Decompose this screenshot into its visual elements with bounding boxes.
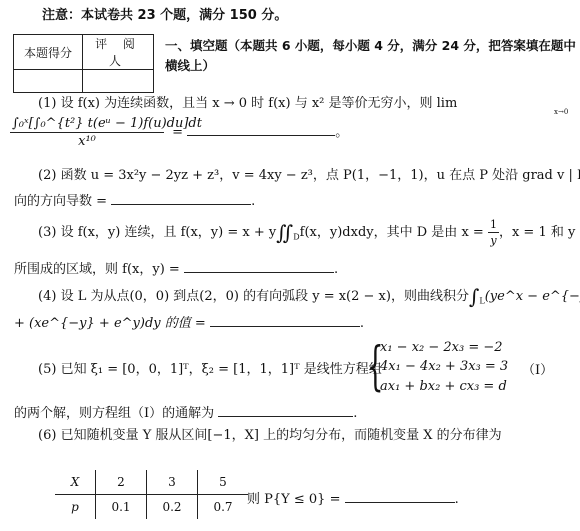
q2-text2: 向的方向导数 = — [14, 194, 107, 209]
score-table: 本题得分 评 阅 人 — [13, 34, 154, 93]
q4-integrand: (ye^x − e^{−y} + y)dx — [485, 289, 580, 304]
q5-end: . — [353, 406, 357, 421]
exam-notice: 注意：本试卷共 23 个题，满分 150 分。 — [42, 4, 287, 23]
dist-p-value: 0.1 — [96, 495, 147, 520]
q3-text-c: ，x = 1 和 y = 2 — [499, 225, 580, 240]
q1-lim-sub: x→0 — [554, 108, 568, 116]
q5-line1: (5) 已知 ξ₁ = [0，0，1]ᵀ，ξ₂ = [1，1，1]ᵀ 是线性方程… — [38, 358, 382, 377]
dist-p-value: 0.7 — [198, 495, 249, 520]
q3-number: (3) — [38, 225, 56, 240]
q5-number: (5) — [38, 362, 56, 377]
double-integral-icon: ∬ — [276, 221, 293, 245]
q1-answer-blank[interactable] — [187, 123, 335, 136]
score-header: 本题得分 — [14, 35, 83, 70]
q1-numerator: ∫₀ˣ[∫₀^{t²} t(eᵘ − 1)f(u)du]dt — [10, 116, 164, 133]
q3-text-a: 设 f(x，y) 连续，且 f(x，y) = x + y — [61, 225, 277, 240]
dist-x-value: 3 — [147, 470, 198, 495]
q3-frac-num: 1 — [488, 218, 499, 233]
q4-line2: + (xe^{−y} + e^y)dy 的值 = . — [14, 312, 364, 331]
q1-line1: (1) 设 f(x) 为连续函数，且当 x → 0 时 f(x) 与 x² 是等… — [38, 92, 457, 111]
q4-end: . — [360, 316, 364, 331]
q5-text2: 的两个解，则方程组（Ⅰ）的通解为 — [14, 406, 214, 421]
q5-system-label: （Ⅰ） — [522, 359, 553, 378]
q4-text2: + (xe^{−y} + e^y)dy 的值 = — [14, 316, 206, 331]
q6-line1: (6) 已知随机变量 Y 服从区间[−1，X] 上的均匀分布，而随机变量 X 的… — [38, 424, 502, 443]
q6-text: 已知随机变量 Y 服从区间[−1，X] 上的均匀分布，而随机变量 X 的分布律为 — [61, 428, 502, 443]
q6-number: (6) — [38, 428, 56, 443]
q6-end: . — [455, 492, 459, 507]
dist-row-header-x: X — [55, 470, 96, 495]
q1-denominator: x¹⁰ — [10, 133, 164, 149]
q4-line1: (4) 设 L 为从点(0，0) 到点(2，0) 的有向弧段 y = x(2 −… — [38, 285, 580, 307]
grader-cell[interactable] — [83, 70, 154, 93]
q3-line1: (3) 设 f(x，y) 连续，且 f(x，y) = x + y∬Df(x，y)… — [38, 218, 580, 247]
grader-header: 评 阅 人 — [83, 35, 154, 70]
q1-number: (1) — [38, 96, 56, 111]
q1-equals: = — [172, 125, 183, 140]
q4-number: (4) — [38, 289, 56, 304]
line-integral-icon: ∫ — [469, 285, 479, 309]
q3-frac-den: y — [488, 233, 499, 247]
q2-line2: 向的方向导数 = . — [14, 190, 255, 209]
q6-question: 则 P{Y ≤ 0} = . — [247, 488, 459, 507]
distribution-table: X 2 3 5 p 0.1 0.2 0.7 — [55, 470, 248, 519]
q1-end: 。 — [335, 125, 348, 140]
dist-x-value: 5 — [198, 470, 249, 495]
section-title-line1: 一、填空题（本题共 6 小题，每小题 4 分，满分 24 分，把答案填在题中 — [165, 36, 576, 54]
q2-answer-blank[interactable] — [111, 192, 251, 205]
q3-text2: 所围成的区域，则 f(x，y) = — [14, 262, 180, 277]
q5-equation-1: x₁ − x₂ − 2x₃ = −2 — [380, 340, 503, 355]
q1-fraction: ∫₀ˣ[∫₀^{t²} t(eᵘ − 1)f(u)du]dt x¹⁰ = 。 — [10, 116, 348, 149]
q4-answer-blank[interactable] — [210, 314, 360, 327]
q2-end: . — [251, 194, 255, 209]
q6-question-text: 则 P{Y ≤ 0} = — [247, 492, 340, 507]
q5-line2: 的两个解，则方程组（Ⅰ）的通解为 . — [14, 402, 357, 421]
q3-fraction: 1 y — [488, 218, 499, 247]
q6-answer-blank[interactable] — [345, 490, 455, 503]
q5-answer-blank[interactable] — [218, 404, 353, 417]
q2-line1: (2) 函数 u = 3x²y − 2yz + z³，v = 4xy − z³，… — [38, 164, 580, 183]
q5-equation-2: 4x₁ − 4x₂ + 3x₃ = 3 — [380, 359, 508, 374]
q4-text: 设 L 为从点(0，0) 到点(2，0) 的有向弧段 y = x(2 − x)，… — [61, 289, 469, 304]
q2-number: (2) — [38, 168, 56, 183]
score-cell[interactable] — [14, 70, 83, 93]
q2-text: 函数 u = 3x²y − 2yz + z³，v = 4xy − z³，点 P(… — [61, 168, 580, 183]
q3-answer-blank[interactable] — [184, 260, 334, 273]
section-title-line2: 横线上） — [165, 56, 215, 74]
dist-p-value: 0.2 — [147, 495, 198, 520]
dist-row-header-p: p — [55, 495, 96, 520]
dist-x-value: 2 — [96, 470, 147, 495]
q1-text: 设 f(x) 为连续函数，且当 x → 0 时 f(x) 与 x² 是等价无穷小… — [61, 96, 458, 111]
q3-line2: 所围成的区域，则 f(x，y) = . — [14, 258, 338, 277]
q5-equation-3: ax₁ + bx₂ + cx₃ = d — [380, 379, 507, 394]
q3-text-b: f(x，y)dxdy，其中 D 是由 x = — [300, 225, 484, 240]
q5-text: 已知 ξ₁ = [0，0，1]ᵀ，ξ₂ = [1，1，1]ᵀ 是线性方程组 — [61, 362, 382, 377]
q3-end: . — [334, 262, 338, 277]
q1-limit-fraction: ∫₀ˣ[∫₀^{t²} t(eᵘ − 1)f(u)du]dt x¹⁰ — [10, 116, 164, 149]
